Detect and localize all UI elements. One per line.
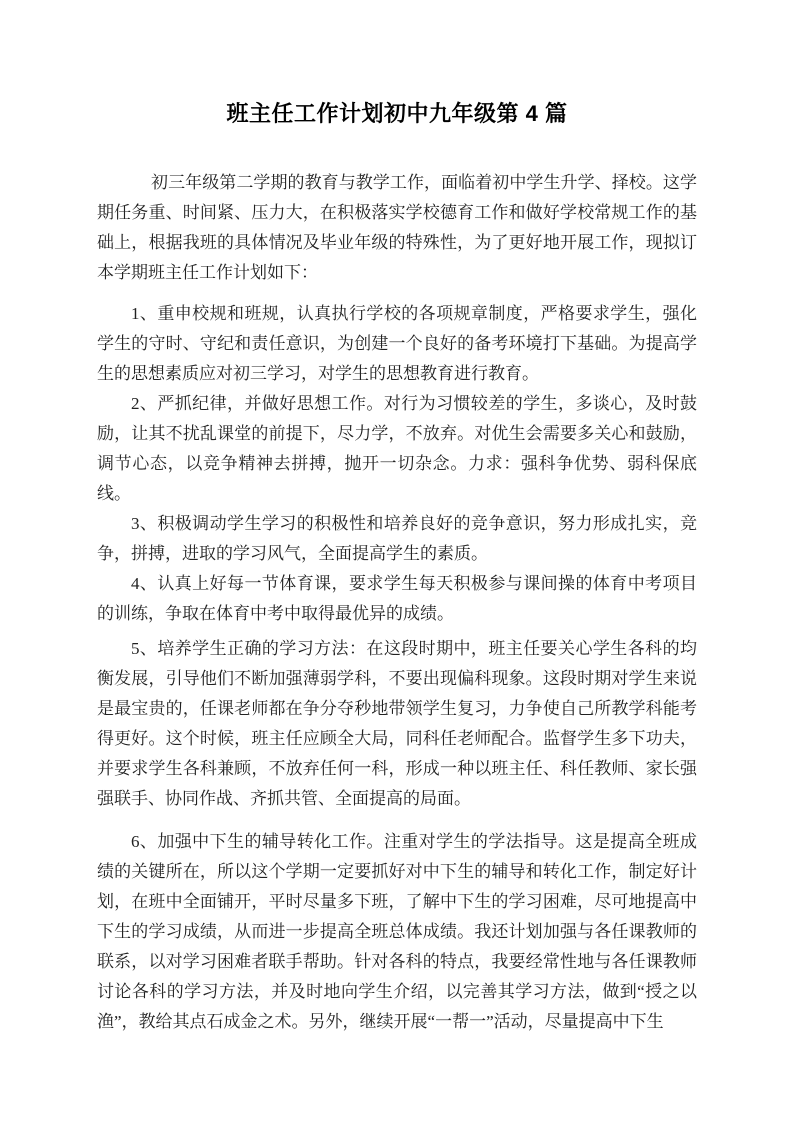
paragraph-item-2: 2、严抓纪律，并做好思想工作。对行为习惯较差的学生，多谈心，及时鼓励，让其不扰乱… [97,389,697,509]
document-title: 班主任工作计划初中九年级第 4 篇 [97,97,697,130]
paragraph-item-6: 6、加强中下生的辅导转化工作。注重对学生的学法指导。这是提高全班成绩的关键所在，… [97,827,697,1037]
document-page: 班主任工作计划初中九年级第 4 篇 初三年级第二学期的教育与教学工作，面临着初中… [0,0,793,1122]
paragraph-item-4: 4、认真上好每一节体育课，要求学生每天积极参与课间操的体育中考项目的训练，争取在… [97,569,697,629]
paragraph-item-1: 1、重申校规和班规，认真执行学校的各项规章制度，严格要求学生，强化学生的守时、守… [97,299,697,389]
paragraph-item-5: 5、培养学生正确的学习方法：在这段时期中，班主任要关心学生各科的均衡发展，引导他… [97,634,697,814]
document-body: 初三年级第二学期的教育与教学工作，面临着初中学生升学、择校。这学期任务重、时间紧… [97,168,697,1037]
paragraph-item-3: 3、积极调动学生学习的积极性和培养良好的竞争意识，努力形成扎实，竞争，拼搏，进取… [97,509,697,569]
paragraph-intro: 初三年级第二学期的教育与教学工作，面临着初中学生升学、择校。这学期任务重、时间紧… [97,168,697,288]
